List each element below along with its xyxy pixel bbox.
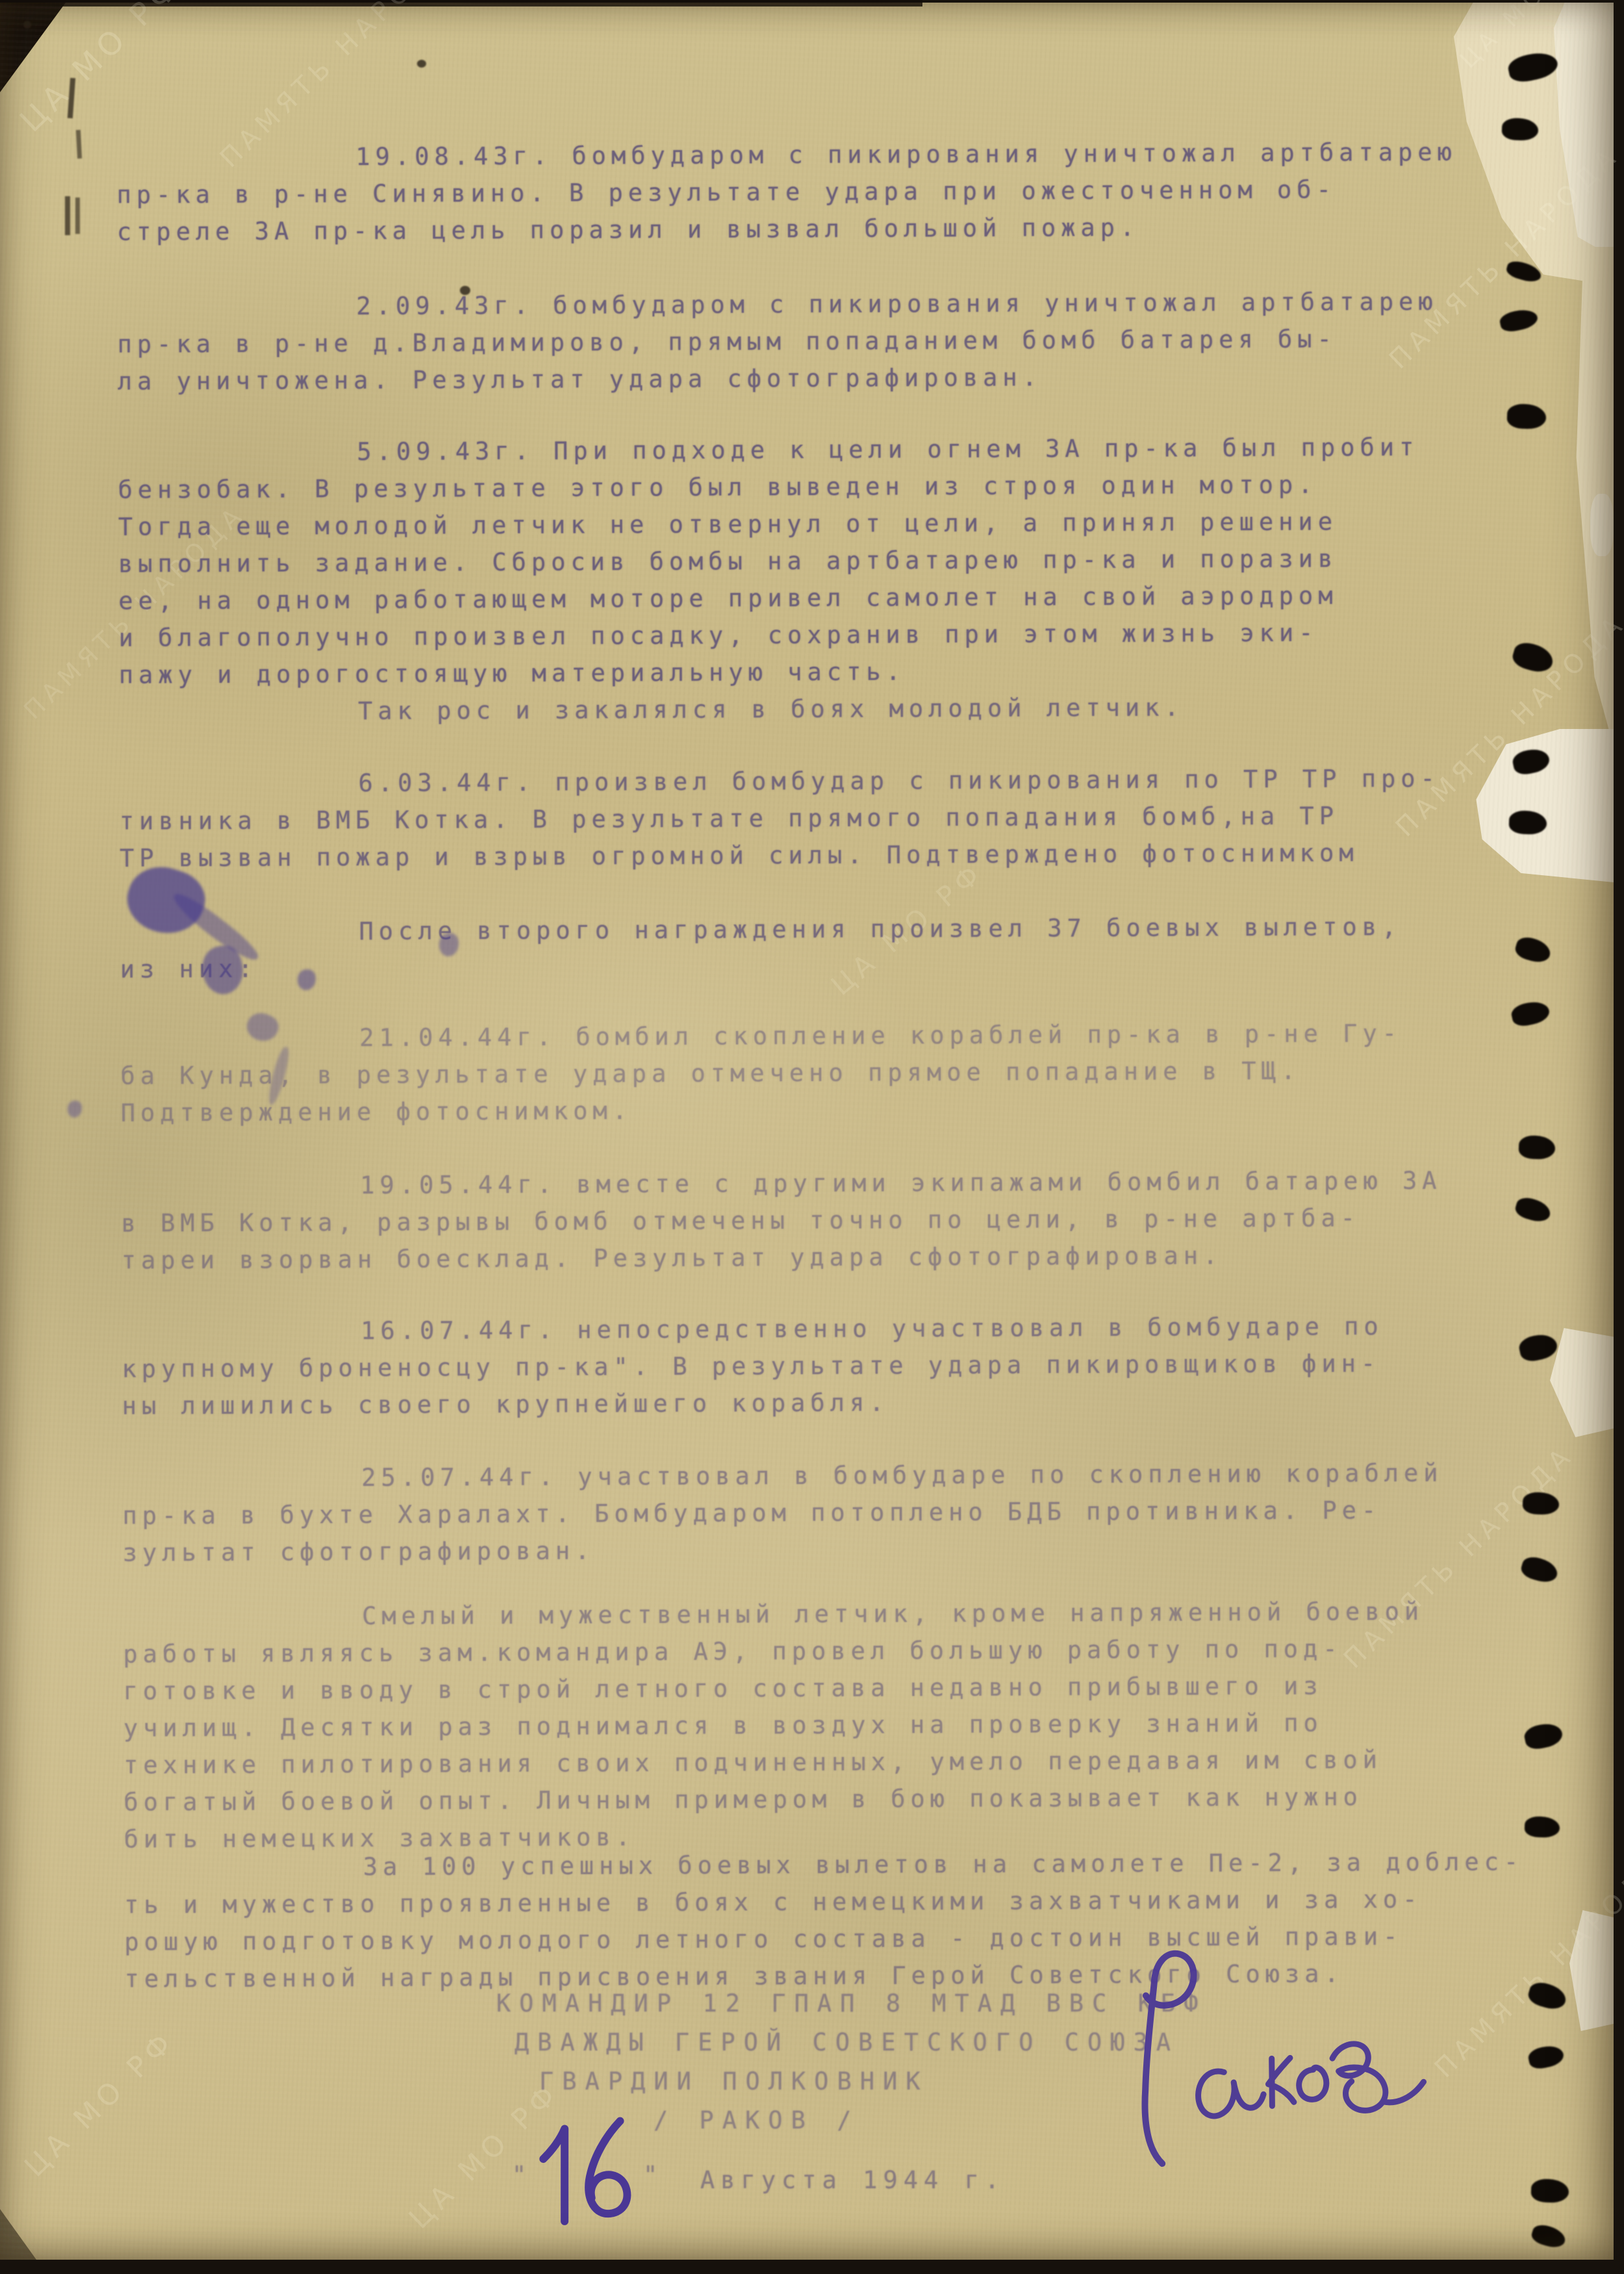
signature-name-line: / РАКОВ / bbox=[653, 2106, 859, 2134]
margin-mark bbox=[65, 196, 70, 235]
typed-line: За 100 успешных боевых вылетов на самоле… bbox=[124, 1844, 1462, 1887]
typed-line: 2.09.43г. бомбударом с пикирования уничт… bbox=[117, 283, 1455, 326]
typed-paragraph: 21.04.44г. бомбил скопление кораблей пр-… bbox=[120, 1015, 1459, 1132]
date-month-year-text: Августа 1944 г. bbox=[700, 2166, 1005, 2194]
typed-line: 25.07.44г. участвовал в бомбударе по ско… bbox=[122, 1455, 1460, 1498]
typed-line: ла уничтожена. Результат удара сфотограф… bbox=[118, 357, 1456, 400]
typed-line: тивника в ВМБ Котка. В результате прямог… bbox=[120, 797, 1458, 840]
typed-line: ба Кунда, в результате удара отмечено пр… bbox=[120, 1052, 1458, 1095]
typed-line: пр-ка в бухте Харалахт. Бомбударом потоп… bbox=[122, 1492, 1460, 1535]
typed-paragraph: После второго награждения произвел 37 бо… bbox=[120, 908, 1458, 988]
speck bbox=[417, 60, 426, 68]
typed-line: 16.07.44г. непосредственно участвовал в … bbox=[121, 1308, 1460, 1351]
paper-sheet: ЦА МО РФПАМЯТЬ НАРОДАЦА МО РФПАМЯТЬ НАРО… bbox=[0, 3, 1614, 2260]
typed-line: тареи взорван боесклад. Результат удара … bbox=[121, 1236, 1460, 1279]
typed-line: технике пилотирования своих подчиненных,… bbox=[123, 1741, 1462, 1784]
typed-line: ее, на одном работающем моторе привел са… bbox=[118, 577, 1456, 620]
typed-line: пр-ка в р-не д.Владимирово, прямым попад… bbox=[118, 320, 1456, 363]
typed-paragraph: 5.09.43г. При подходе к цели огнем ЗА пр… bbox=[118, 429, 1457, 694]
typed-paragraph: 19.05.44г. вместе с другими экипажами бо… bbox=[121, 1162, 1460, 1279]
speck bbox=[460, 286, 470, 295]
typed-line: стреле ЗА пр-ка цель поразил и вызвал бо… bbox=[117, 208, 1455, 251]
typed-line: выполнить задание. Сбросив бомбы на артб… bbox=[118, 540, 1456, 583]
typed-line: зультат сфотографирован. bbox=[123, 1529, 1461, 1572]
handwritten-day-number bbox=[521, 2111, 659, 2234]
typed-paragraph: 25.07.44г. участвовал в бомбударе по ско… bbox=[122, 1455, 1461, 1572]
typed-line: готовке и вводу в строй летного состава … bbox=[123, 1667, 1462, 1710]
typed-line: училищ. Десятки раз поднимался в воздух … bbox=[123, 1704, 1462, 1747]
typed-line: ть и мужество проявленные в боях с немец… bbox=[124, 1881, 1462, 1924]
typed-line: 19.05.44г. вместе с другими экипажами бо… bbox=[121, 1162, 1459, 1205]
typed-line: 21.04.44г. бомбил скопление кораблей пр-… bbox=[120, 1015, 1458, 1058]
typed-line: 19.08.43г. бомбударом с пикирования унич… bbox=[116, 134, 1454, 177]
typed-line: 6.03.44г. произвел бомбудар с пикировани… bbox=[120, 760, 1458, 803]
typed-line: бензобак. В результате этого был выведен… bbox=[118, 466, 1456, 509]
typed-paragraph: 6.03.44г. произвел бомбудар с пикировани… bbox=[120, 760, 1458, 877]
margin-mark bbox=[75, 198, 80, 234]
typed-line: работы являясь зам.командира АЭ, провел … bbox=[123, 1630, 1461, 1673]
typed-line: 5.09.43г. При подходе к цели огнем ЗА пр… bbox=[118, 429, 1456, 472]
typed-line: пр-ка в р-не Синявино. В результате удар… bbox=[117, 171, 1455, 214]
typed-line: ны лишились своего крупнейшего корабля. bbox=[122, 1382, 1460, 1425]
typed-line: Тогда еще молодой летчик не отвернул от … bbox=[118, 503, 1456, 546]
typed-line: ТР вызван пожар и взрыв огромной силы. П… bbox=[120, 834, 1458, 877]
scanned-document-page: ЦА МО РФПАМЯТЬ НАРОДАЦА МО РФПАМЯТЬ НАРО… bbox=[0, 0, 1624, 2274]
typed-line: богатый боевой опыт. Личным примером в б… bbox=[123, 1778, 1462, 1821]
typed-paragraph: 16.07.44г. непосредственно участвовал в … bbox=[121, 1308, 1460, 1425]
typed-line: После второго награждения произвел 37 бо… bbox=[120, 908, 1458, 951]
typed-line: Подтверждение фотоснимком. bbox=[121, 1089, 1459, 1132]
typed-paragraph: Так рос и закалялся в боях молодой летчи… bbox=[119, 688, 1457, 731]
typed-line: и благополучно произвел посадку, сохрани… bbox=[119, 614, 1457, 657]
typed-line: Смелый и мужественный летчик, кроме напр… bbox=[123, 1593, 1461, 1636]
typed-paragraph: 2.09.43г. бомбударом с пикирования уничт… bbox=[117, 283, 1456, 400]
typed-line: крупному броненосцу пр-ка". В результате… bbox=[121, 1345, 1460, 1388]
typed-line: в ВМБ Котка, разрывы бомб отмечены точно… bbox=[121, 1199, 1459, 1242]
typed-paragraph: 19.08.43г. бомбударом с пикирования унич… bbox=[116, 134, 1455, 251]
speck bbox=[23, 21, 31, 29]
typed-line: пажу и дорогостоящую материальную часть. bbox=[119, 651, 1457, 694]
typed-line: из них: bbox=[120, 945, 1458, 988]
typed-line: Так рос и закалялся в боях молодой летчи… bbox=[119, 688, 1457, 731]
typed-paragraph: Смелый и мужественный летчик, кроме напр… bbox=[123, 1593, 1462, 1858]
signature-rank-line: ГВАРДИИ ПОЛКОВНИК bbox=[539, 2067, 929, 2095]
